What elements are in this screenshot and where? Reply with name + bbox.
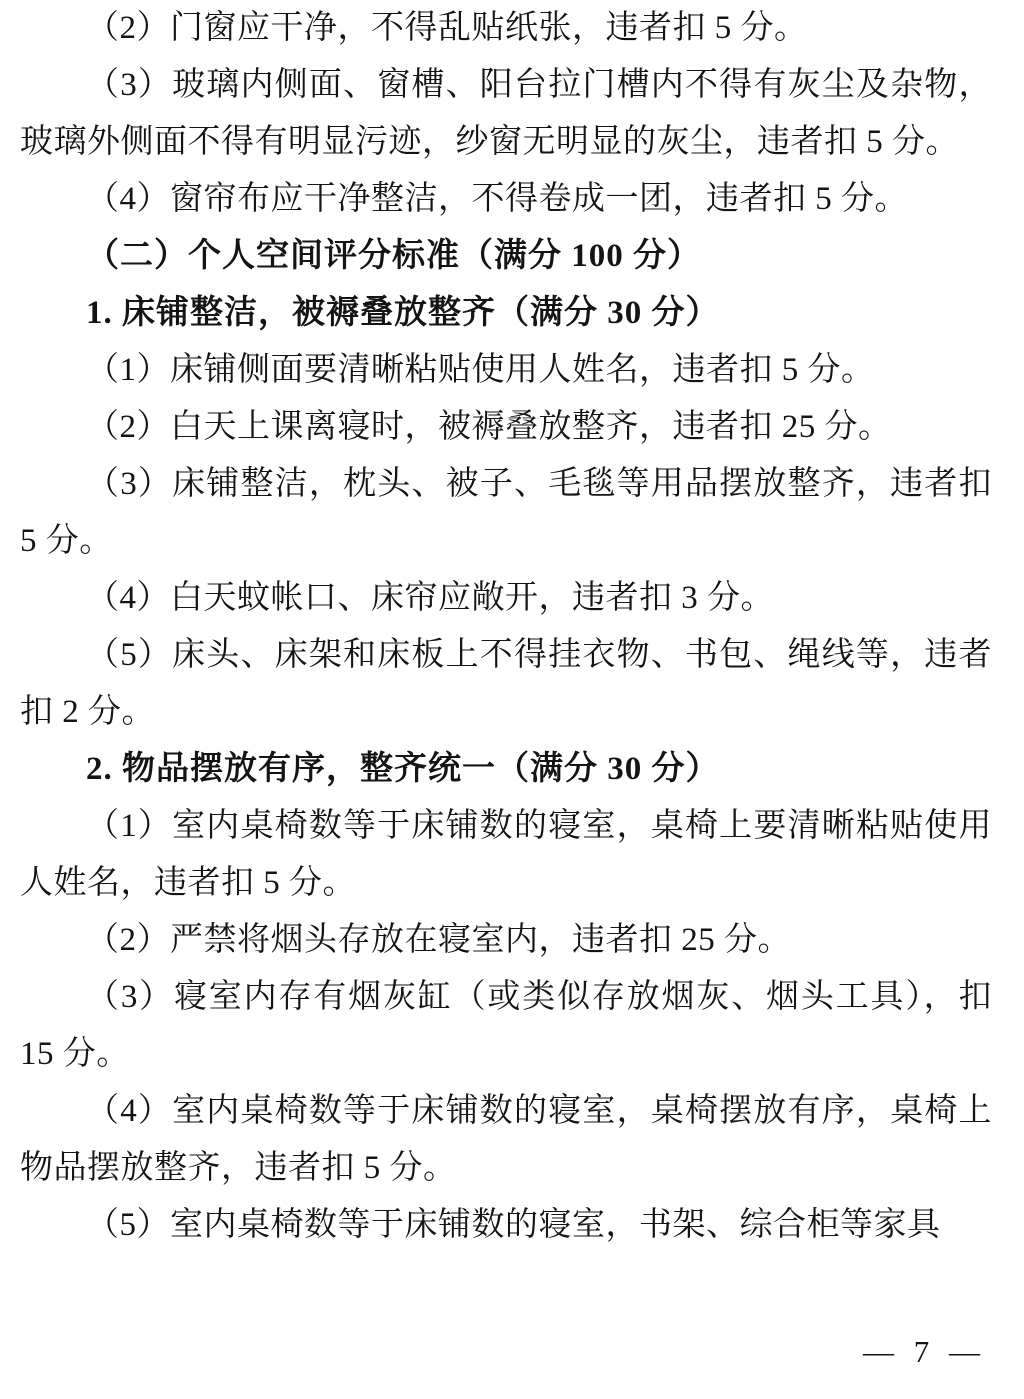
paragraph-sub1-item-5: （5）床头、床架和床板上不得挂衣物、书包、绳线等，违者扣 2 分。 — [20, 627, 992, 741]
paragraph-sec1-item-4: （4）窗帘布应干净整洁，不得卷成一团，违者扣 5 分。 — [20, 171, 992, 228]
paragraph-sub2-item-3: （3）寝室内存有烟灰缸（或类似存放烟灰、烟头工具），扣 15 分。 — [20, 969, 992, 1083]
document-page: （2）门窗应干净，不得乱贴纸张，违者扣 5 分。（3）玻璃内侧面、窗槽、阳台拉门… — [0, 0, 1024, 1399]
paragraph-sub1-item-2: （2）白天上课离寝时，被褥叠放整齐，违者扣 25 分。 — [20, 399, 992, 456]
paragraph-sub2-item-5: （5）室内桌椅数等于床铺数的寝室，书架、综合柜等家具 — [20, 1197, 992, 1254]
paragraph-section-2-heading: （二）个人空间评分标准（满分 100 分） — [20, 228, 992, 285]
paragraph-sub1-item-1: （1）床铺侧面要清晰粘贴使用人姓名，违者扣 5 分。 — [20, 342, 992, 399]
paragraph-sub2-item-4: （4）室内桌椅数等于床铺数的寝室，桌椅摆放有序，桌椅上物品摆放整齐，违者扣 5 … — [20, 1083, 992, 1197]
paragraph-sub2-item-1: （1）室内桌椅数等于床铺数的寝室，桌椅上要清晰粘贴使用人姓名，违者扣 5 分。 — [20, 798, 992, 912]
paragraph-sub1-item-3: （3）床铺整洁，枕头、被子、毛毯等用品摆放整齐，违者扣 5 分。 — [20, 456, 992, 570]
paragraph-sub1-item-4: （4）白天蚊帐口、床帘应敞开，违者扣 3 分。 — [20, 570, 992, 627]
paragraph-sub1-heading: 1. 床铺整洁，被褥叠放整齐（满分 30 分） — [20, 285, 992, 342]
paragraph-sub2-heading: 2. 物品摆放有序，整齐统一（满分 30 分） — [20, 741, 992, 798]
page-number: — 7 — — [863, 1335, 986, 1369]
document-body: （2）门窗应干净，不得乱贴纸张，违者扣 5 分。（3）玻璃内侧面、窗槽、阳台拉门… — [20, 0, 992, 1254]
paragraph-sec1-item-3: （3）玻璃内侧面、窗槽、阳台拉门槽内不得有灰尘及杂物，玻璃外侧面不得有明显污迹，… — [20, 57, 992, 171]
paragraph-sub2-item-2: （2）严禁将烟头存放在寝室内，违者扣 25 分。 — [20, 912, 992, 969]
paragraph-sec1-item-2: （2）门窗应干净，不得乱贴纸张，违者扣 5 分。 — [20, 0, 992, 57]
